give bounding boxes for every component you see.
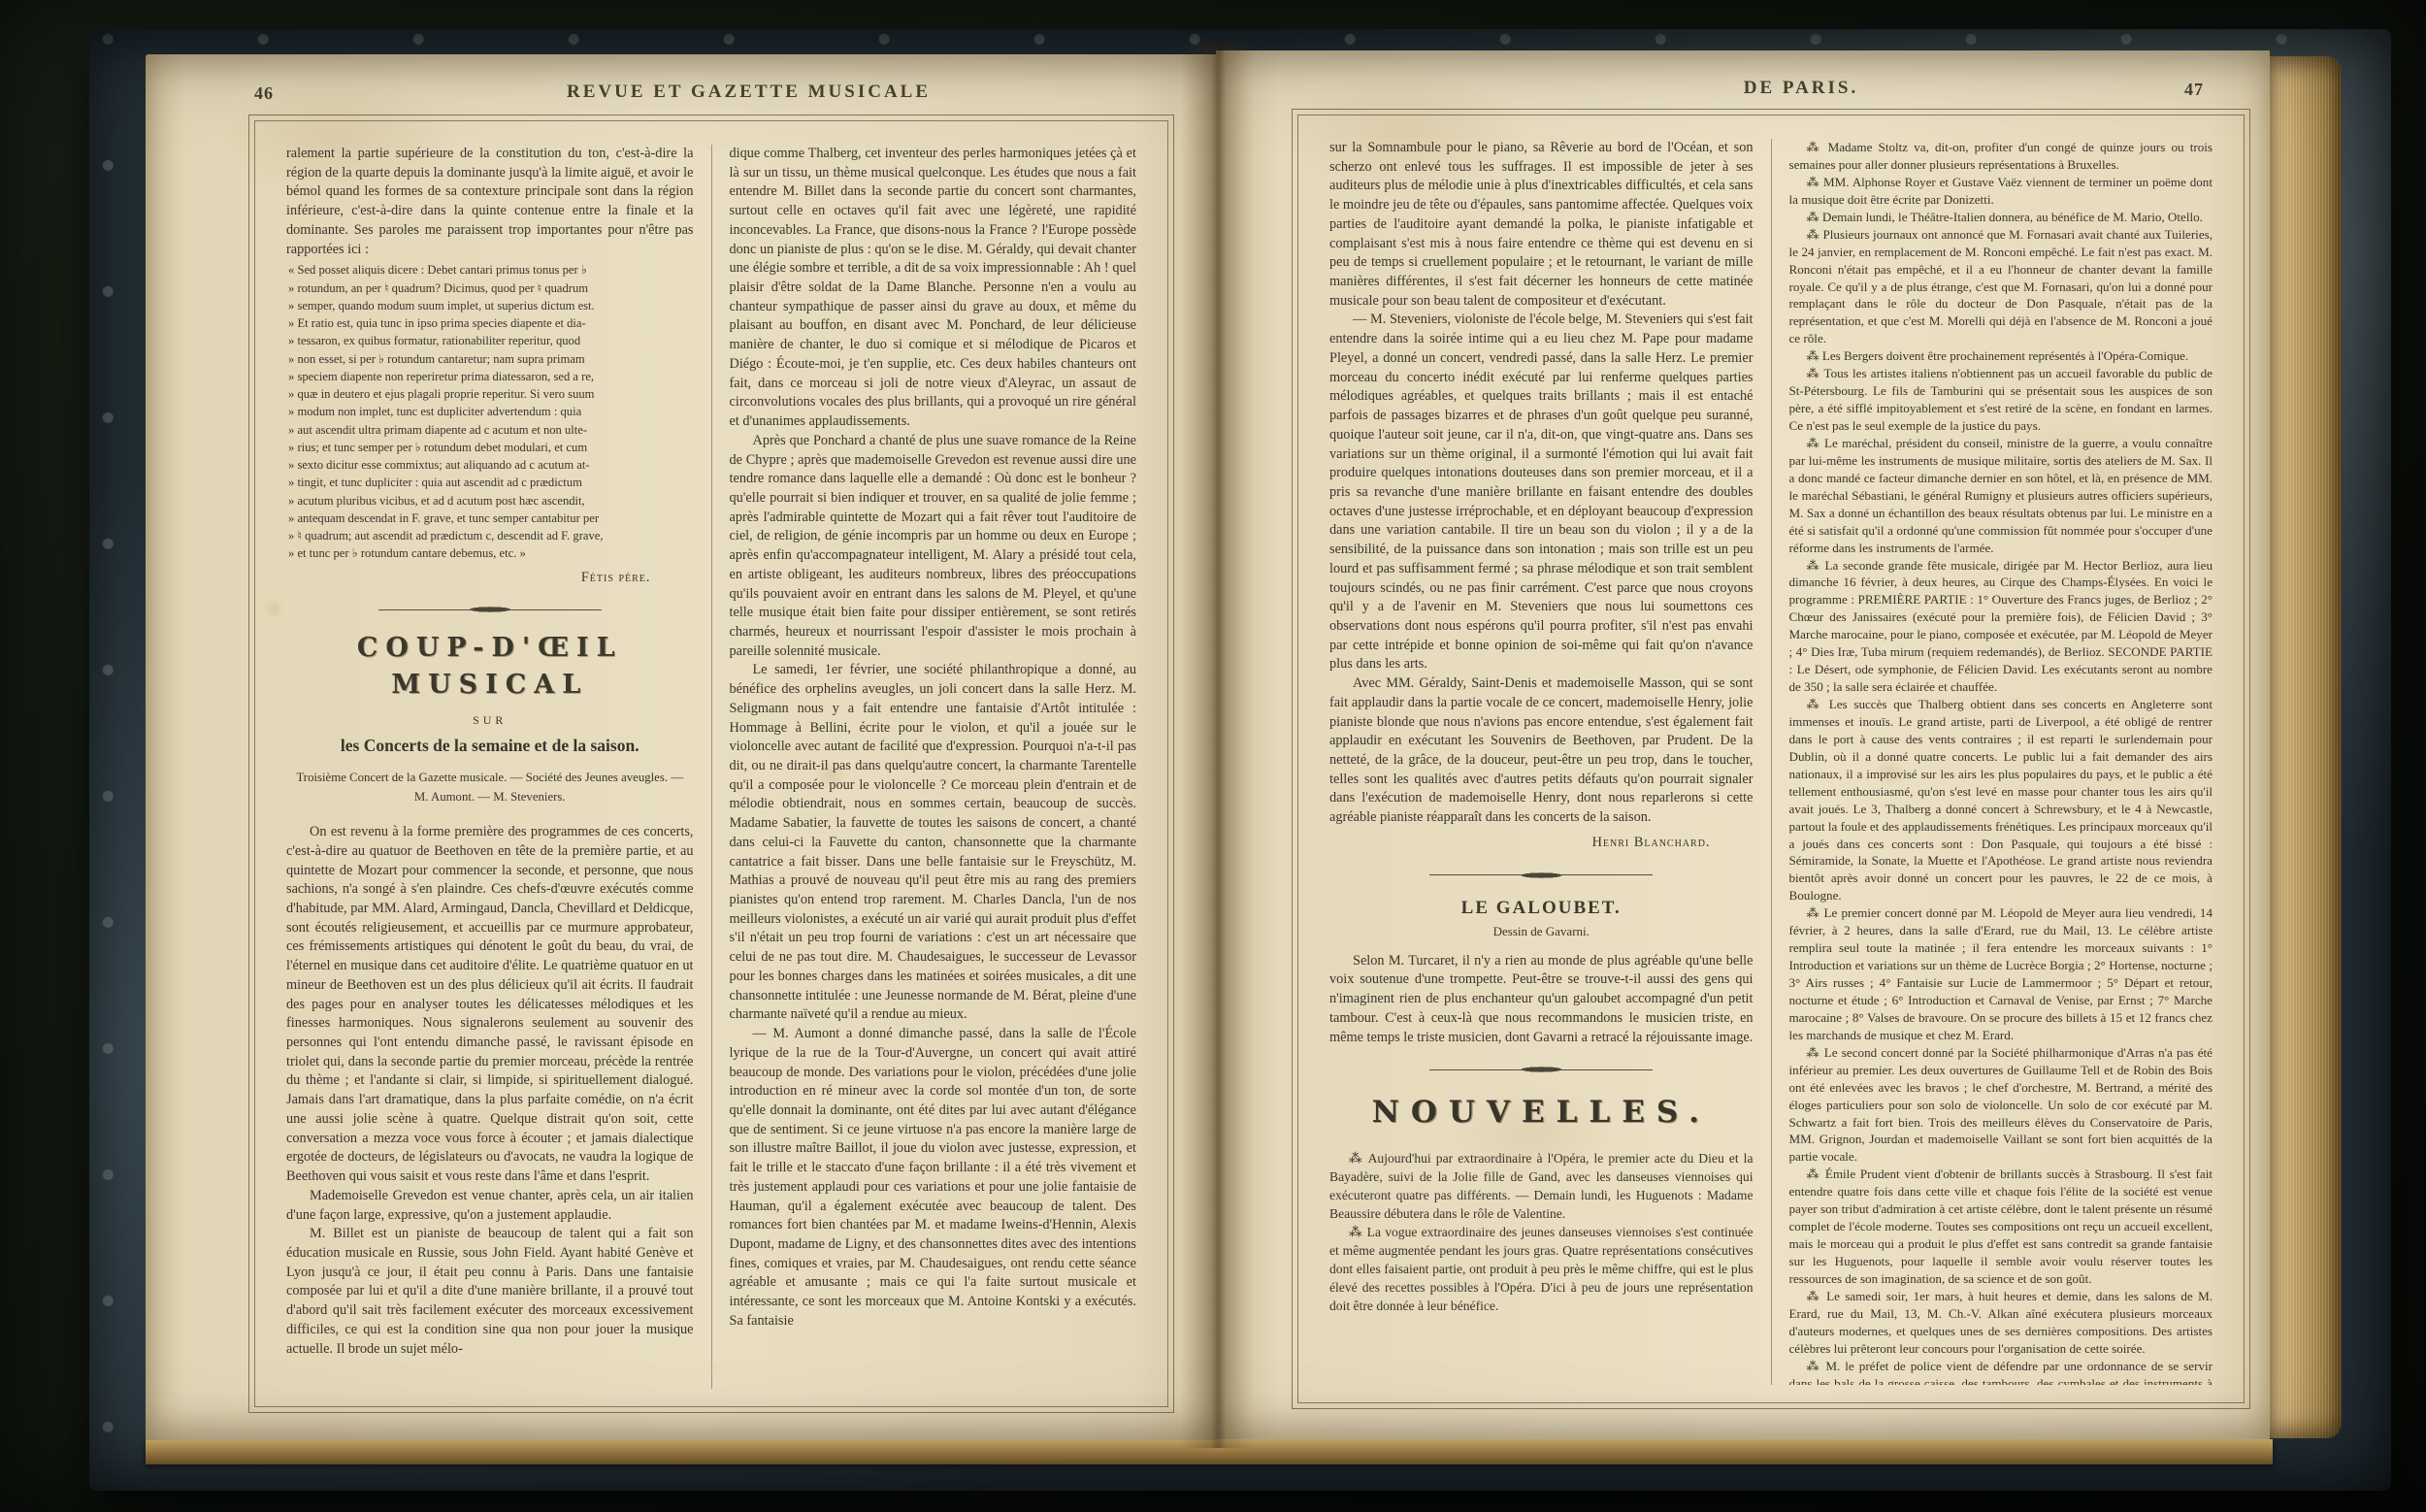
paragraph: sur la Somnambule pour le piano, sa Rêve… (1329, 139, 1754, 311)
news-item: ⁂ Le second concert donné par la Société… (1789, 1044, 2213, 1167)
right-page-column-1: sur la Somnambule pour le piano, sa Rêve… (1329, 139, 1754, 1385)
page-bottom-edge (146, 1439, 2273, 1464)
running-head-right: DE PARIS. (1216, 78, 2328, 99)
text-frame-right-inner: sur la Somnambule pour le piano, sa Rêve… (1297, 115, 2245, 1403)
paragraph: Après que Ponchard a chanté de plus une … (730, 432, 1137, 662)
left-page-column-2: dique comme Thalberg, cet inventeur des … (730, 145, 1137, 1389)
paragraph: M. Billet est un pianiste de beaucoup de… (286, 1225, 694, 1359)
news-item: ⁂ MM. Alphonse Royer et Gustave Vaëz vie… (1789, 174, 2213, 209)
author-signature: Henri Blanchard. (1329, 834, 1754, 853)
news-item: ⁂ Madame Stoltz va, dit-on, profiter d'u… (1789, 139, 2213, 174)
news-item: ⁂ Aujourd'hui par extraordinaire à l'Opé… (1329, 1149, 1754, 1223)
right-page-column-2: ⁂ Madame Stoltz va, dit-on, profiter d'u… (1789, 139, 2213, 1385)
page-left: 46 REVUE ET GAZETTE MUSICALE ralement la… (146, 54, 1216, 1440)
text-frame-left: ralement la partie supérieure de la cons… (248, 115, 1174, 1413)
news-item: ⁂ Le maréchal, président du conseil, min… (1789, 435, 2213, 557)
news-item: ⁂ Plusieurs journaux ont annoncé que M. … (1789, 226, 2213, 348)
text-frame-right: sur la Somnambule pour le piano, sa Rêve… (1292, 109, 2250, 1409)
page-fore-edge (2270, 56, 2342, 1438)
news-item: ⁂ Les Bergers doivent être prochainement… (1789, 347, 2213, 365)
section-divider (1329, 1061, 1754, 1078)
news-item: ⁂ Le premier concert donné par M. Léopol… (1789, 904, 2213, 1044)
latin-quote: « Sed posset aliquis dicere : Debet cant… (288, 261, 694, 562)
column-rule (1771, 139, 1772, 1385)
section-divider (1329, 867, 1754, 884)
paragraph: Avec MM. Géraldy, Saint-Denis et mademoi… (1329, 674, 1754, 828)
paragraph: Mademoiselle Grevedon est venue chanter,… (286, 1187, 694, 1225)
paragraph: ralement la partie supérieure de la cons… (286, 145, 694, 259)
left-page-column-1: ralement la partie supérieure de la cons… (286, 145, 694, 1389)
news-item: ⁂ La seconde grande fête musicale, dirig… (1789, 557, 2213, 697)
news-item: ⁂ Demain lundi, le Théâtre-Italien donne… (1789, 209, 2213, 226)
illustration-credit: Dessin de Gavarni. (1329, 923, 1754, 940)
author-signature: Fétis père. (286, 569, 694, 588)
text-frame-left-inner: ralement la partie supérieure de la cons… (254, 120, 1168, 1407)
paragraph: dique comme Thalberg, cet inventeur des … (730, 145, 1137, 432)
paragraph: — M. Steveniers, violoniste de l'école b… (1329, 311, 1754, 674)
paragraph: — M. Aumont a donné dimanche passé, dans… (730, 1025, 1137, 1331)
column-rule (711, 145, 712, 1389)
section-kicker: SUR (286, 712, 694, 729)
page-right: DE PARIS. 47 sur la Somnambule pour le p… (1216, 50, 2270, 1439)
news-item: ⁂ Émile Prudent vient d'obtenir de brill… (1789, 1166, 2213, 1288)
paragraph: Selon M. Turcaret, il n'y a rien au mond… (1329, 952, 1754, 1048)
running-head-left: REVUE ET GAZETTE MUSICALE (146, 82, 1284, 103)
news-item: ⁂ La vogue extraordinaire des jeunes dan… (1329, 1223, 1754, 1315)
section-title: COUP-D'ŒIL MUSICAL (286, 630, 694, 703)
paragraph: Le samedi, 1er février, une société phil… (730, 661, 1137, 1025)
section-divider (286, 601, 694, 618)
news-item: ⁂ M. le préfet de police vient de défend… (1789, 1358, 2213, 1385)
news-item: ⁂ Les succès que Thalberg obtient dans s… (1789, 696, 2213, 904)
news-item: ⁂ Tous les artistes italiens n'obtiennen… (1789, 365, 2213, 435)
page-number-right: 47 (2184, 80, 2204, 100)
paragraph: On est revenu à la forme première des pr… (286, 823, 694, 1187)
news-section-title: NOUVELLES. (1329, 1092, 1754, 1134)
section-heading: les Concerts de la semaine et de la sais… (286, 734, 694, 757)
article-rubric: Troisième Concert de la Gazette musicale… (292, 769, 688, 807)
photo-backdrop: 46 REVUE ET GAZETTE MUSICALE ralement la… (0, 0, 2426, 1512)
right-page-columns: sur la Somnambule pour le piano, sa Rêve… (1298, 115, 2244, 1402)
article-title: LE GALOUBET. (1329, 896, 1754, 921)
news-item: ⁂ Le samedi soir, 1er mars, à huit heure… (1789, 1288, 2213, 1358)
left-page-columns: ralement la partie supérieure de la cons… (255, 121, 1167, 1406)
